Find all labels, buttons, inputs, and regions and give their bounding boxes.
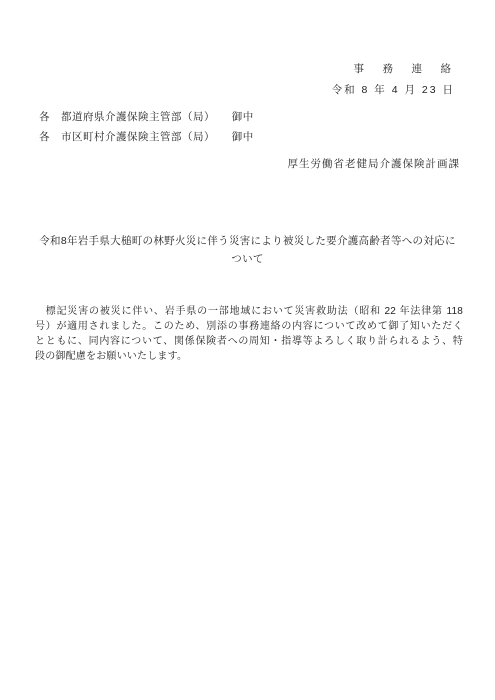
body-line-4: 段の御配慮をお願いいたします。 (35, 349, 463, 364)
document-title: 令和8年岩手県大槌町の林野火災に伴う災害により被災した要介護高齢者等への対応に … (18, 232, 477, 268)
sender-line: 厚生労働省老健局介護保険計画課 (288, 156, 461, 171)
document-body: 標記災害の被災に伴い、岩手県の一部地域において災害救助法（昭和 22 年法律第 … (35, 304, 463, 364)
doc-type-label: 事 務 連 絡 (354, 61, 456, 76)
recipient-line-municipalities: 各 市区町村介護保険主管部（局） 御中 (39, 127, 254, 147)
body-line-2: 号）が適用されました。このため、別添の事務連絡の内容について改めて御了知いただく (35, 319, 463, 334)
document-title-line-1: 令和8年岩手県大槌町の林野火災に伴う災害により被災した要介護高齢者等への対応に (18, 232, 477, 250)
document-title-line-2: ついて (18, 250, 477, 268)
recipient-line-prefectures: 各 都道府県介護保険主管部（局） 御中 (39, 107, 254, 127)
doc-date: 令和 8 年 4 月 23 日 (332, 82, 455, 97)
body-line-1: 標記災害の被災に伴い、岩手県の一部地域において災害救助法（昭和 22 年法律第 … (35, 304, 463, 319)
recipient-block: 各 都道府県介護保険主管部（局） 御中 各 市区町村介護保険主管部（局） 御中 (39, 107, 254, 147)
document-page: 事 務 連 絡 令和 8 年 4 月 23 日 各 都道府県介護保険主管部（局）… (0, 0, 495, 700)
body-line-3: とともに、同内容について、関係保険者への周知・指導等よろしく取り計られるよう、特 (35, 334, 463, 349)
